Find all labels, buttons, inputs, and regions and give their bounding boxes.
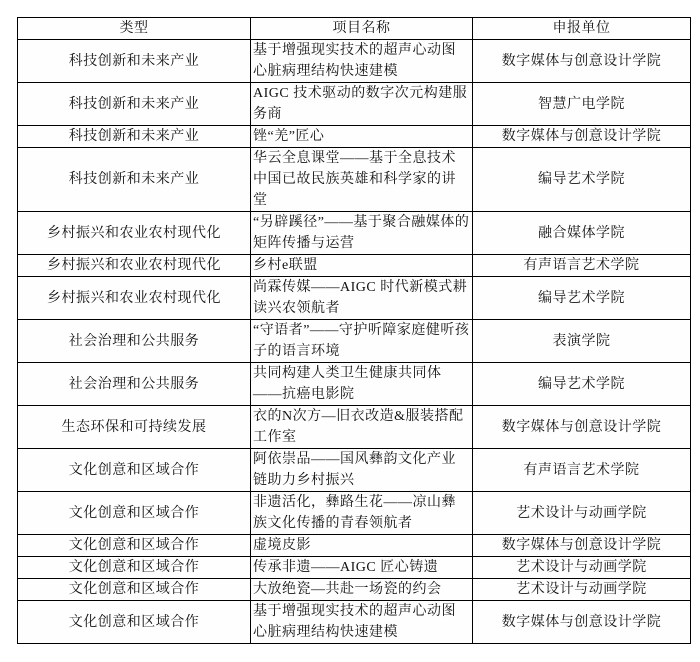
cell-unit: 编导艺术学院 — [473, 277, 691, 320]
cell-unit: 艺术设计与动画学院 — [473, 579, 691, 601]
table-row: 社会治理和公共服务 “守语者”——守护听障家庭健听孩子的语言环境 表演学院 — [18, 320, 691, 363]
cell-unit: 编导艺术学院 — [473, 148, 691, 212]
cell-project: 衣的N次方—旧衣改造&服装搭配工作室 — [251, 406, 473, 449]
cell-unit: 智慧广电学院 — [473, 83, 691, 126]
col-header-unit: 申报单位 — [473, 18, 691, 40]
cell-project: 基于增强现实技术的超声心动图心脏病理结构快速建模 — [251, 40, 473, 83]
cell-unit: 有声语言艺术学院 — [473, 255, 691, 277]
projects-table: 类型 项目名称 申报单位 科技创新和未来产业 基于增强现实技术的超声心动图心脏病… — [17, 17, 691, 644]
cell-type: 乡村振兴和农业农村现代化 — [18, 277, 251, 320]
cell-project: “守语者”——守护听障家庭健听孩子的语言环境 — [251, 320, 473, 363]
cell-type: 社会治理和公共服务 — [18, 363, 251, 406]
cell-type: 乡村振兴和农业农村现代化 — [18, 212, 251, 255]
cell-unit: 数字媒体与创意设计学院 — [473, 406, 691, 449]
cell-unit: 有声语言艺术学院 — [473, 449, 691, 492]
cell-unit: 表演学院 — [473, 320, 691, 363]
cell-unit: 艺术设计与动画学院 — [473, 557, 691, 579]
table-row: 文化创意和区域合作 虚境皮影 数字媒体与创意设计学院 — [18, 535, 691, 557]
table-row: 文化创意和区域合作 非遗活化，彝路生花——凉山彝族文化传播的青春领航者 艺术设计… — [18, 492, 691, 535]
cell-unit: 数字媒体与创意设计学院 — [473, 535, 691, 557]
cell-type: 科技创新和未来产业 — [18, 83, 251, 126]
table-row: 文化创意和区域合作 阿依崇品——国风彝韵文化产业链助力乡村振兴 有声语言艺术学院 — [18, 449, 691, 492]
col-header-type: 类型 — [18, 18, 251, 40]
cell-project: 传承非遗——AIGC 匠心铸遗 — [251, 557, 473, 579]
cell-unit: 数字媒体与创意设计学院 — [473, 126, 691, 148]
cell-type: 科技创新和未来产业 — [18, 40, 251, 83]
col-header-project: 项目名称 — [251, 18, 473, 40]
cell-project: 虚境皮影 — [251, 535, 473, 557]
cell-project: 阿依崇品——国风彝韵文化产业链助力乡村振兴 — [251, 449, 473, 492]
cell-type: 文化创意和区域合作 — [18, 557, 251, 579]
table-row: 文化创意和区域合作 基于增强现实技术的超声心动图心脏病理结构快速建模 数字媒体与… — [18, 601, 691, 644]
cell-project: 共同构建人类卫生健康共同体——抗癌电影院 — [251, 363, 473, 406]
cell-type: 科技创新和未来产业 — [18, 148, 251, 212]
table-body: 科技创新和未来产业 基于增强现实技术的超声心动图心脏病理结构快速建模 数字媒体与… — [18, 40, 691, 644]
table-row: 乡村振兴和农业农村现代化 “另辟蹊径”——基于聚合融媒体的矩阵传播与运营 融合媒… — [18, 212, 691, 255]
cell-type: 生态环保和可持续发展 — [18, 406, 251, 449]
cell-unit: 融合媒体学院 — [473, 212, 691, 255]
cell-type: 文化创意和区域合作 — [18, 449, 251, 492]
cell-unit: 编导艺术学院 — [473, 363, 691, 406]
cell-type: 文化创意和区域合作 — [18, 601, 251, 644]
cell-project: 非遗活化，彝路生花——凉山彝族文化传播的青春领航者 — [251, 492, 473, 535]
table-row: 科技创新和未来产业 锉“羌”匠心 数字媒体与创意设计学院 — [18, 126, 691, 148]
table-row: 社会治理和公共服务 共同构建人类卫生健康共同体——抗癌电影院 编导艺术学院 — [18, 363, 691, 406]
cell-unit: 数字媒体与创意设计学院 — [473, 40, 691, 83]
cell-type: 科技创新和未来产业 — [18, 126, 251, 148]
cell-type: 乡村振兴和农业农村现代化 — [18, 255, 251, 277]
table-row: 文化创意和区域合作 传承非遗——AIGC 匠心铸遗 艺术设计与动画学院 — [18, 557, 691, 579]
cell-project: 尚霖传媒——AIGC 时代新模式耕读兴农领航者 — [251, 277, 473, 320]
table-row: 文化创意和区域合作 大放绝瓷—共赴一场瓷的约会 艺术设计与动画学院 — [18, 579, 691, 601]
cell-project: 锉“羌”匠心 — [251, 126, 473, 148]
page: 类型 项目名称 申报单位 科技创新和未来产业 基于增强现实技术的超声心动图心脏病… — [17, 17, 691, 644]
cell-type: 社会治理和公共服务 — [18, 320, 251, 363]
cell-type: 文化创意和区域合作 — [18, 492, 251, 535]
cell-type: 文化创意和区域合作 — [18, 579, 251, 601]
cell-project: 大放绝瓷—共赴一场瓷的约会 — [251, 579, 473, 601]
table-row: 乡村振兴和农业农村现代化 尚霖传媒——AIGC 时代新模式耕读兴农领航者 编导艺… — [18, 277, 691, 320]
cell-project: 基于增强现实技术的超声心动图心脏病理结构快速建模 — [251, 601, 473, 644]
table-row: 科技创新和未来产业 华云全息课堂——基于全息技术中国已故民族英雄和科学家的讲堂 … — [18, 148, 691, 212]
cell-project: 乡村e联盟 — [251, 255, 473, 277]
cell-unit: 艺术设计与动画学院 — [473, 492, 691, 535]
header-row: 类型 项目名称 申报单位 — [18, 18, 691, 40]
table-row: 科技创新和未来产业 AIGC 技术驱动的数字次元构建服务商 智慧广电学院 — [18, 83, 691, 126]
cell-project: “另辟蹊径”——基于聚合融媒体的矩阵传播与运营 — [251, 212, 473, 255]
table-row: 科技创新和未来产业 基于增强现实技术的超声心动图心脏病理结构快速建模 数字媒体与… — [18, 40, 691, 83]
cell-project: AIGC 技术驱动的数字次元构建服务商 — [251, 83, 473, 126]
cell-unit: 数字媒体与创意设计学院 — [473, 601, 691, 644]
table-row: 生态环保和可持续发展 衣的N次方—旧衣改造&服装搭配工作室 数字媒体与创意设计学… — [18, 406, 691, 449]
table-row: 乡村振兴和农业农村现代化 乡村e联盟 有声语言艺术学院 — [18, 255, 691, 277]
cell-project: 华云全息课堂——基于全息技术中国已故民族英雄和科学家的讲堂 — [251, 148, 473, 212]
cell-type: 文化创意和区域合作 — [18, 535, 251, 557]
